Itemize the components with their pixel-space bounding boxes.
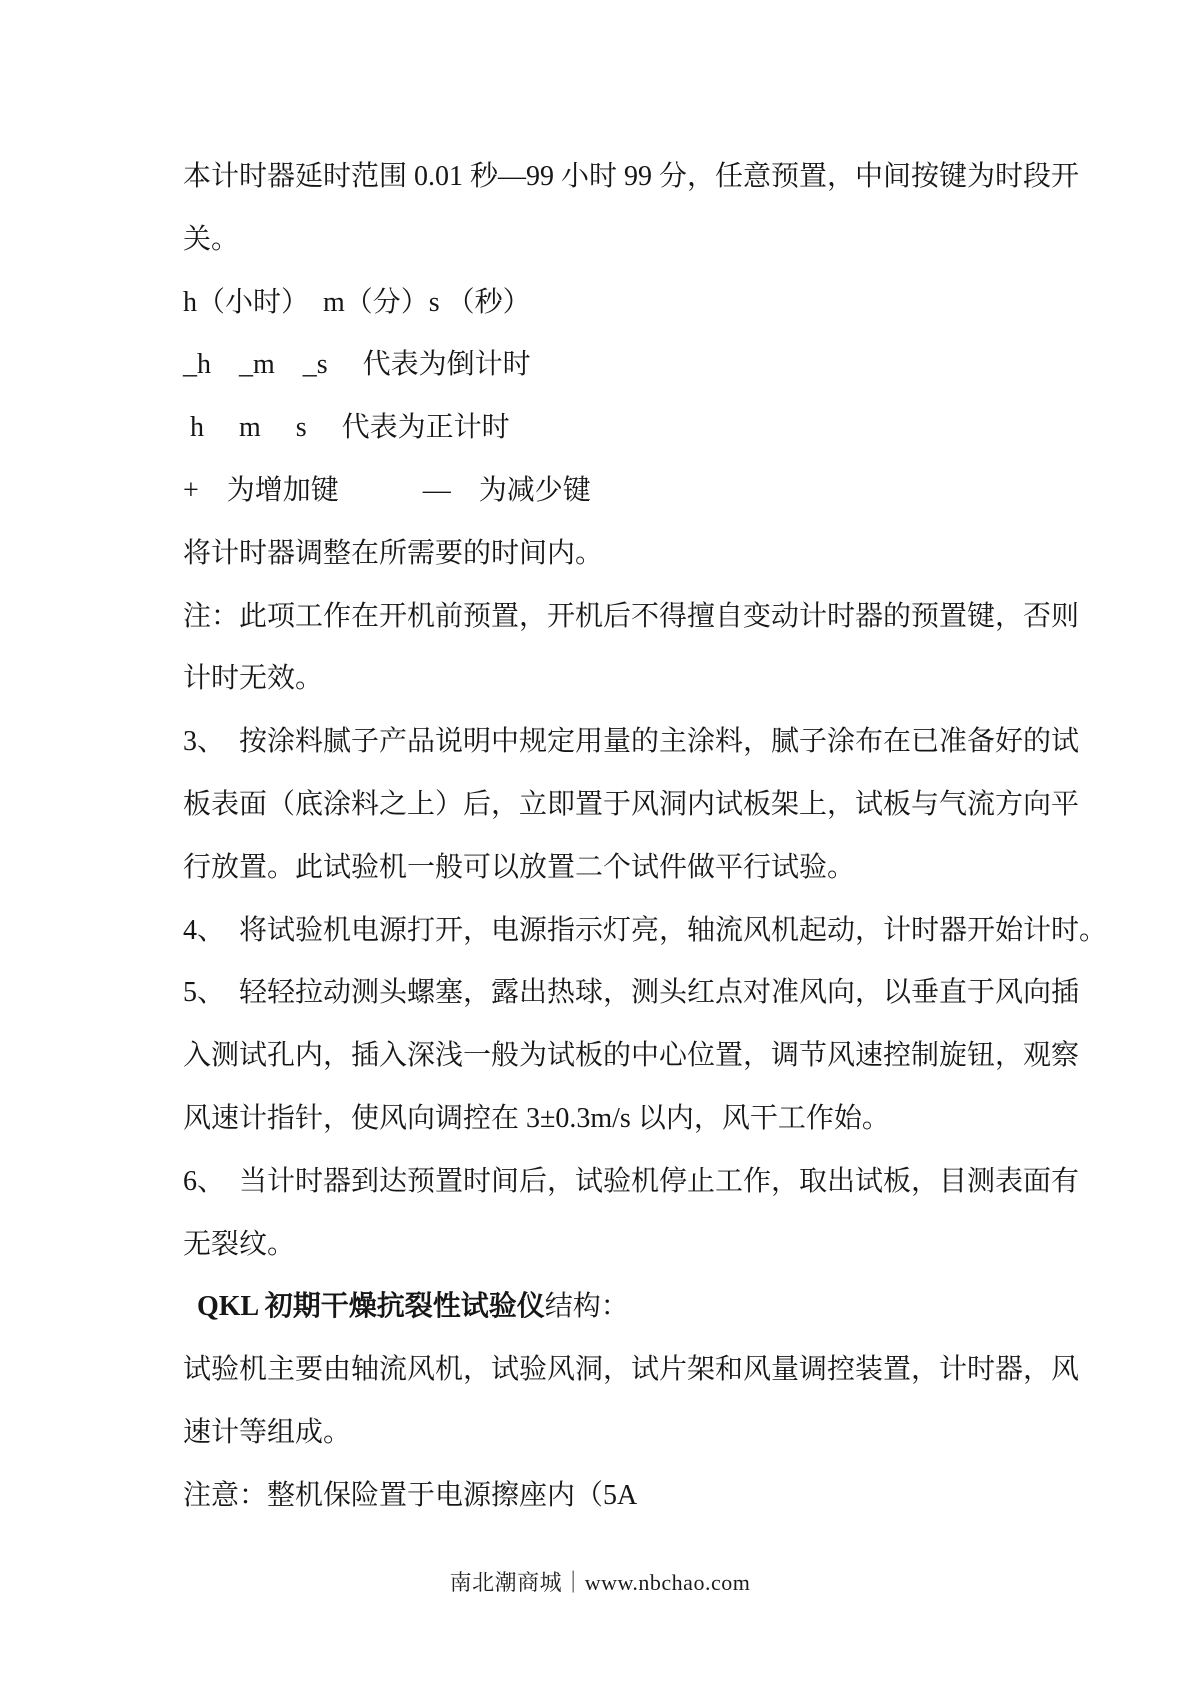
line-text: 入测试孔内，插入深浅一般为试板的中心位置，调节风速控制旋钮，观察 (183, 1040, 1079, 1071)
bold-heading-text: QKL 初期干燥抗裂性试验仪 (197, 1291, 545, 1322)
text-line: 关。 (183, 209, 1107, 272)
line-text: 5、 轻轻拉动测头螺塞，露出热球，测头红点对准风向，以垂直于风向插 (183, 977, 1079, 1008)
text-line: 将计时器调整在所需要的时间内。 (183, 523, 1107, 586)
text-line: 入测试孔内，插入深浅一般为试板的中心位置，调节风速控制旋钮，观察 (183, 1025, 1107, 1088)
line-text: 行放置。此试验机一般可以放置二个试件做平行试验。 (183, 852, 855, 883)
line-text: 3、 按涂料腻子产品说明中规定用量的主涂料，腻子涂布在已准备好的试 (183, 726, 1079, 757)
text-line: 计时无效。 (183, 648, 1107, 711)
text-line: 行放置。此试验机一般可以放置二个试件做平行试验。 (183, 837, 1107, 900)
line-text: 计时无效。 (183, 663, 323, 694)
text-line: 板表面（底涂料之上）后，立即置于风洞内试板架上，试板与气流方向平 (183, 774, 1107, 837)
line-text: h（小时） m（分）s （秒） (183, 287, 531, 318)
page-footer: 南北潮商城｜www.nbchao.com (0, 1567, 1200, 1599)
text-line: h（小时） m（分）s （秒） (183, 272, 1107, 335)
text-line: 6、 当计时器到达预置时间后，试验机停止工作，取出试板，目测表面有 (183, 1151, 1107, 1214)
text-line: 风速计指针，使风向调控在 3±0.3m/s 以内，风干工作始。 (183, 1088, 1107, 1151)
line-text: 试验机主要由轴流风机，试验风洞，试片架和风量调控装置，计时器，风 (183, 1354, 1079, 1385)
line-text: 风速计指针，使风向调控在 3±0.3m/s 以内，风干工作始。 (183, 1103, 890, 1134)
line-text: + 为增加键 — 为减少键 (183, 475, 591, 506)
text-line: 4、 将试验机电源打开，电源指示灯亮，轴流风机起动，计时器开始计时。 (183, 900, 1107, 963)
text-line: _h _m _s 代表为倒计时 (183, 334, 1107, 397)
line-text: 速计等组成。 (183, 1417, 351, 1448)
line-text: 将计时器调整在所需要的时间内。 (183, 538, 603, 569)
line-text: 结构： (545, 1291, 629, 1322)
line-text: 6、 当计时器到达预置时间后，试验机停止工作，取出试板，目测表面有 (183, 1166, 1079, 1197)
text-line: 本计时器延时范围 0.01 秒—99 小时 99 分，任意预置，中间按键为时段开 (183, 146, 1107, 209)
text-line: + 为增加键 — 为减少键 (183, 460, 1107, 523)
line-text: 无裂纹。 (183, 1229, 295, 1260)
line-text: 板表面（底涂料之上）后，立即置于风洞内试板架上，试板与气流方向平 (183, 789, 1079, 820)
line-text: h m s 代表为正计时 (183, 412, 510, 443)
text-line: 试验机主要由轴流风机，试验风洞，试片架和风量调控装置，计时器，风 (183, 1339, 1107, 1402)
text-line: 5、 轻轻拉动测头螺塞，露出热球，测头红点对准风向，以垂直于风向插 (183, 962, 1107, 1025)
text-line: QKL 初期干燥抗裂性试验仪结构： (183, 1276, 1107, 1339)
text-line: 无裂纹。 (183, 1214, 1107, 1277)
line-text: 注：此项工作在开机前预置，开机后不得擅自变动计时器的预置键，否则 (183, 601, 1079, 632)
text-line: 注意：整机保险置于电源擦座内（5A (183, 1465, 1107, 1528)
line-text: _h _m _s 代表为倒计时 (183, 349, 531, 380)
line-text: 本计时器延时范围 0.01 秒—99 小时 99 分，任意预置，中间按键为时段开 (183, 161, 1079, 192)
line-text: 关。 (183, 224, 239, 255)
document-body: 本计时器延时范围 0.01 秒—99 小时 99 分，任意预置，中间按键为时段开… (183, 146, 1107, 1528)
line-text: 4、 将试验机电源打开，电源指示灯亮，轴流风机起动，计时器开始计时。 (183, 915, 1107, 946)
footer-url: www.nbchao.com (585, 1570, 751, 1595)
text-line: 3、 按涂料腻子产品说明中规定用量的主涂料，腻子涂布在已准备好的试 (183, 711, 1107, 774)
footer-site-name: 南北潮商城 (450, 1570, 563, 1595)
footer-separator: ｜ (562, 1570, 585, 1595)
line-text: 注意：整机保险置于电源擦座内（5A (183, 1480, 637, 1511)
text-line: h m s 代表为正计时 (183, 397, 1107, 460)
text-line: 速计等组成。 (183, 1402, 1107, 1465)
document-page: 本计时器延时范围 0.01 秒—99 小时 99 分，任意预置，中间按键为时段开… (0, 0, 1200, 1697)
text-line: 注：此项工作在开机前预置，开机后不得擅自变动计时器的预置键，否则 (183, 586, 1107, 649)
